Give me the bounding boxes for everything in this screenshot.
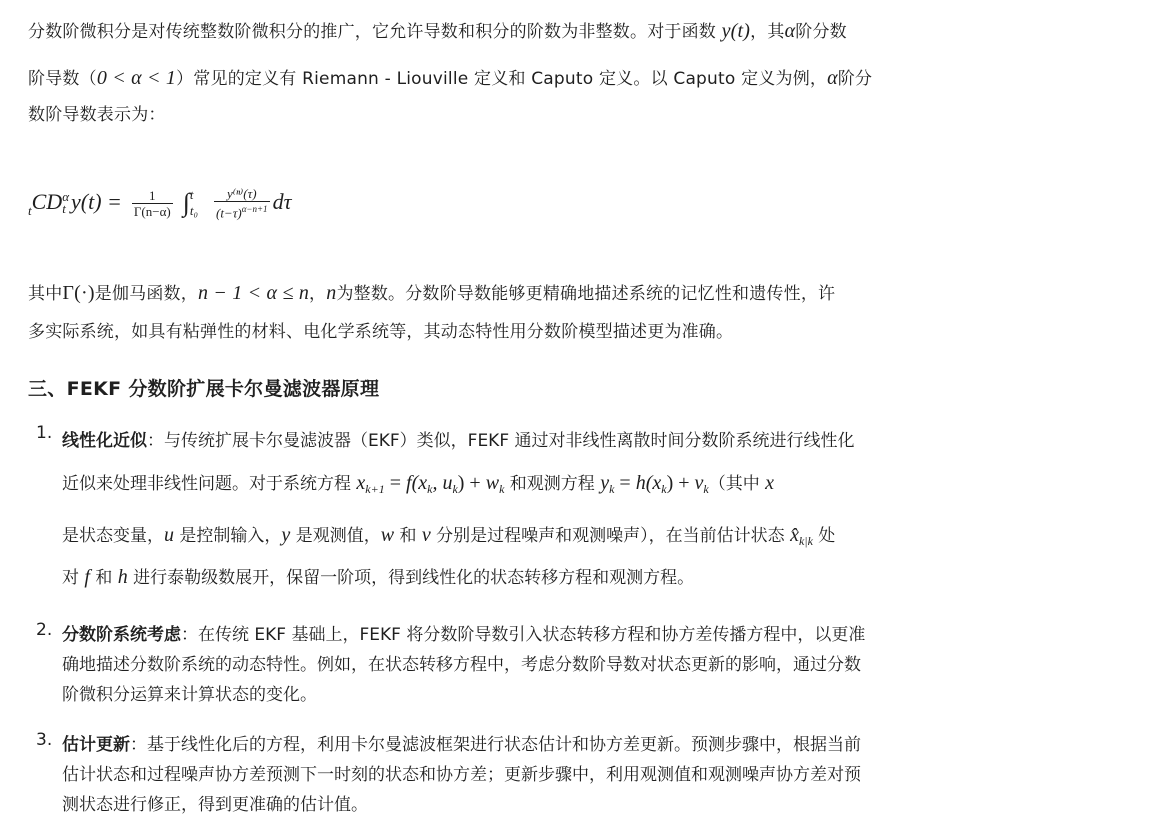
list-item-1-line-1: 线性化近似：与传统扩展卡尔曼滤波器（EKF）类似，FEKF 通过对非线性离散时间… [62,423,1092,459]
math-n: n [326,282,336,304]
list-item-2-line-2: 确地描述分数阶系统的动态特性。例如，在状态转移方程中，考虑分数阶导数对状态更新的… [62,650,1092,680]
list-item-title: 分数阶系统考虑 [62,625,181,645]
math-alpha: α [827,67,838,89]
list-item-title: 估计更新 [62,735,130,755]
intro-paragraph: 分数阶微积分是对传统整数阶微积分的推广，它允许导数和积分的阶数为非整数。对于函数… [28,12,1128,132]
math-alpha: α [785,20,796,42]
list-item-1-line-3: 是状态变量，u 是控制输入，y 是观测值，w 和 v 分别是过程噪声和观测噪声）… [62,515,1092,561]
intro-line-1: 分数阶微积分是对传统整数阶微积分的推广，它允许导数和积分的阶数为非整数。对于函数… [28,12,1128,51]
integrand-fraction: y⁽ⁿ⁾(τ)(t−τ)α−n+1 [214,186,270,220]
list-item-1-line-4: 对 f 和 h 进行泰勒级数展开，保留一阶项，得到线性化的状态转移方程和观测方程… [62,561,1092,594]
list-item-1-line-2: 近似来处理非线性问题。对于系统方程 xk+1 = f(xk, uk) + wk … [62,463,1092,509]
integral-sign: ∫ [183,188,190,217]
explanation-paragraph: 其中Γ(·)是伽马函数，n − 1 < α ≤ n，n为整数。分数阶导数能够更精… [28,275,1128,350]
math-condition: n − 1 < α ≤ n [198,282,309,304]
explanation-line-1: 其中Γ(·)是伽马函数，n − 1 < α ≤ n，n为整数。分数阶导数能够更精… [28,275,1128,312]
caputo-formula: tCDαty(t) = 1Γ(n−α) ∫tt₀ y⁽ⁿ⁾(τ)(t−τ)α−n… [28,186,291,220]
integral-upper-limit: t [190,187,198,203]
math-system-equation: xk+1 = f(xk, uk) + wk [356,472,504,494]
section-heading: 三、FEKF 分数阶扩展卡尔曼滤波器原理 [28,374,379,401]
math-x-hat: x̂ [790,524,799,546]
integral-lower-limit: t₀ [190,203,198,219]
list-item-3-line-1: 估计更新：基于线性化后的方程，利用卡尔曼滤波框架进行状态估计和协方差更新。预测步… [62,730,1092,760]
list-item-2: 2. 分数阶系统考虑：在传统 EKF 基础上，FEKF 将分数阶导数引入状态转移… [62,620,1092,710]
list-item-1: 1. 线性化近似：与传统扩展卡尔曼滤波器（EKF）类似，FEKF 通过对非线性离… [62,423,1092,594]
list-item-title: 线性化近似 [62,431,147,451]
list-item-3-line-3: 测状态进行修正，得到更准确的估计值。 [62,790,1092,820]
math-y-t: y(t) [722,20,751,42]
list-item-2-line-3: 阶微积分运算来计算状态的变化。 [62,680,1092,710]
list-item-3: 3. 估计更新：基于线性化后的方程，利用卡尔曼滤波框架进行状态估计和协方差更新。… [62,730,1092,820]
explanation-line-2: 多实际系统，如具有粘弹性的材料、电化学系统等，其动态特性用分数阶模型描述更为准确… [28,314,1128,350]
gamma-fraction: 1Γ(n−α) [132,188,173,219]
formula-order-sub: t [62,203,69,215]
list-item-2-line-1: 分数阶系统考虑：在传统 EKF 基础上，FEKF 将分数阶导数引入状态转移方程和… [62,620,1092,650]
intro-line-2: 阶导数（0 < α < 1）常见的定义有 Riemann - Liouville… [28,59,1128,98]
list-item-3-line-2: 估计状态和过程噪声协方差预测下一时刻的状态和协方差；更新步骤中，利用观测值和观测… [62,760,1092,790]
intro-line-3: 数阶导数表示为： [28,98,1128,132]
formula-operator: CD [32,189,63,214]
formula-lhs-func: y(t) = [71,189,122,214]
math-gamma: Γ(·) [62,282,94,304]
math-alpha-range: 0 < α < 1 [97,67,176,89]
differential: dτ [273,189,292,214]
math-observation-equation: yk = h(xk) + vk [600,472,709,494]
